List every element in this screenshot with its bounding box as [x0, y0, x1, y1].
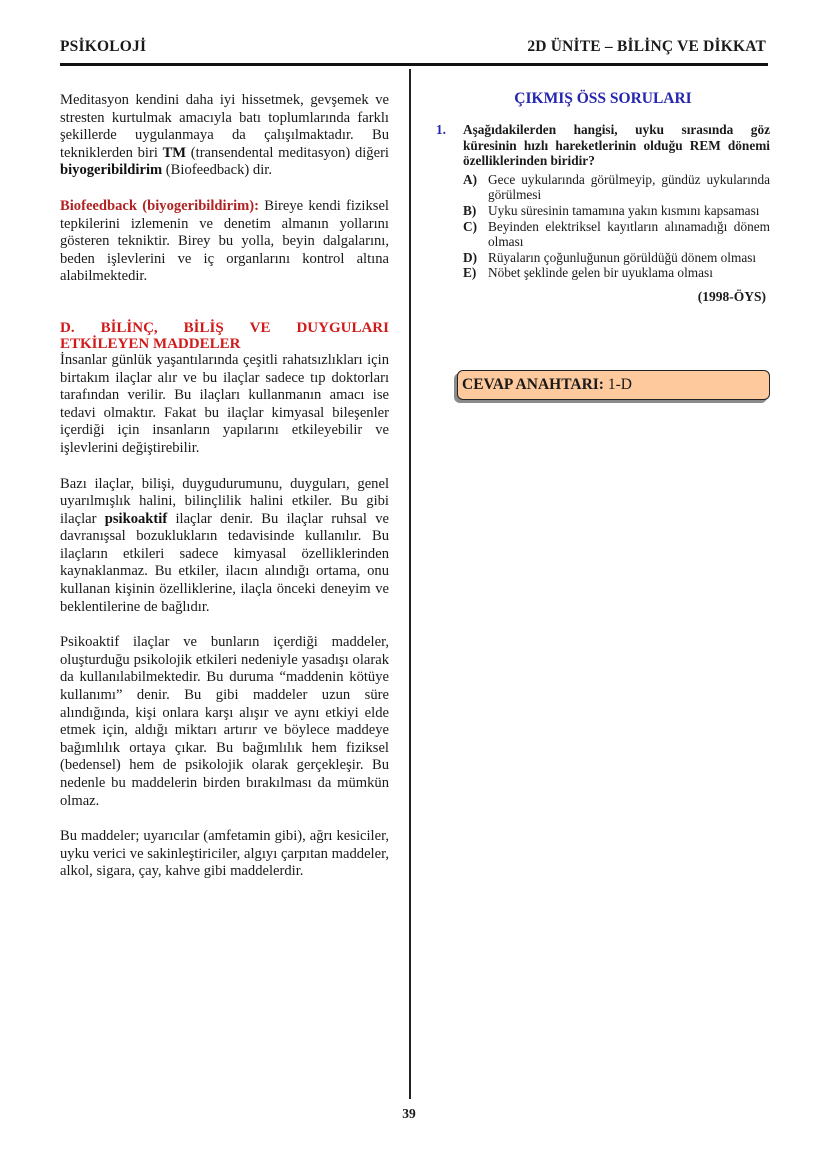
option-b: B)Uyku süresinin tamamına yakın kısmını …: [463, 203, 770, 219]
question-source: (1998-ÖYS): [436, 289, 770, 305]
term-biofeedback: Biofeedback (biyogeribildirim):: [60, 198, 259, 214]
term-biyogeribildirim: biyogeribildirim: [60, 162, 162, 178]
page-number: 39: [0, 1106, 818, 1122]
option-letter: C): [463, 219, 488, 250]
answer-options: A)Gece uykularında görülmeyip, gündüz uy…: [463, 172, 770, 281]
option-letter: D): [463, 250, 488, 266]
option-text: Nöbet şeklinde gelen bir uyuklama olması: [488, 265, 770, 281]
answer-key-value: 1-D: [608, 376, 632, 393]
column-divider: [409, 69, 411, 1099]
option-letter: E): [463, 265, 488, 281]
option-text: Beyinden elektriksel kayıtların alınamad…: [488, 219, 770, 250]
section-heading: D. BİLİNÇ, BİLİŞ VE DUYGULARI ETKİLEYEN …: [60, 320, 389, 352]
answer-key-label: CEVAP ANAHTARI:: [462, 376, 604, 393]
answer-key-box: CEVAP ANAHTARI: 1-D: [457, 370, 770, 400]
paragraph-psychoactive: Bazı ilaçlar, bilişi, duygudurumunu, duy…: [60, 476, 389, 617]
option-letter: B): [463, 203, 488, 219]
question-text: Aşağıdakilerden hangisi, uyku sırasında …: [463, 122, 770, 169]
question-1: 1. Aşağıdakilerden hangisi, uyku sırasın…: [436, 122, 770, 169]
option-text: Gece uykularında görülmeyip, gündüz uyku…: [488, 172, 770, 203]
paragraph-substance-abuse: Psikoaktif ilaçlar ve bunların içerdiği …: [60, 634, 389, 810]
option-e: E)Nöbet şeklinde gelen bir uyuklama olma…: [463, 265, 770, 281]
header-subject: PSİKOLOJİ: [60, 38, 146, 56]
paragraph-biofeedback: Biofeedback (biyogeribildirim): Bireye k…: [60, 198, 389, 286]
paragraph-substance-list: Bu maddeler; uyarıcılar (amfetamin gibi)…: [60, 828, 389, 881]
option-letter: A): [463, 172, 488, 203]
paragraph-meditation: Meditasyon kendini daha iyi hissetmek, g…: [60, 92, 389, 180]
option-d: D)Rüyaların çoğunluğunun görüldüğü dönem…: [463, 250, 770, 266]
past-exam-questions-title: ÇIKMIŞ ÖSS SORULARI: [436, 90, 770, 108]
option-a: A)Gece uykularında görülmeyip, gündüz uy…: [463, 172, 770, 203]
option-text: Rüyaların çoğunluğunun görüldüğü dönem o…: [488, 250, 770, 266]
header-rule: [60, 63, 768, 66]
left-column: Meditasyon kendini daha iyi hissetmek, g…: [60, 92, 389, 881]
option-text: Uyku süresinin tamamına yakın kısmını ka…: [488, 203, 770, 219]
header-unit-title: 2D ÜNİTE – BİLİNÇ VE DİKKAT: [527, 38, 766, 56]
term-psikoaktif: psikoaktif: [105, 511, 167, 527]
paragraph-medications: İnsanlar günlük yaşantılarında çeşitli r…: [60, 352, 389, 458]
term-tm: TM: [163, 145, 187, 161]
option-c: C)Beyinden elektriksel kayıtların alınam…: [463, 219, 770, 250]
question-number: 1.: [436, 122, 463, 169]
right-column: ÇIKMIŞ ÖSS SORULARI 1. Aşağıdakilerden h…: [436, 90, 770, 305]
